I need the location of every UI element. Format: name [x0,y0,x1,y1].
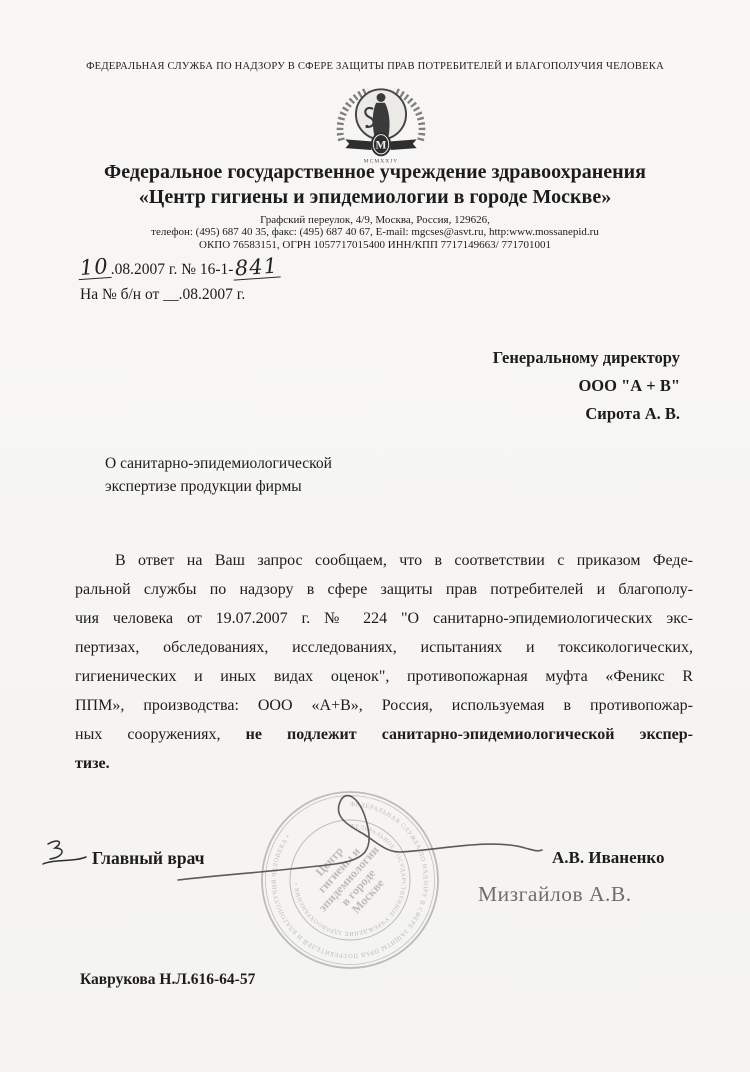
ribbon-left [345,139,371,150]
scribble-stroke [43,841,86,864]
facsimile-name-stamp: Мизгайлов А.В. [478,882,632,907]
org-address-line: Графский переулок, 4/9, Москва, Россия, … [0,214,750,226]
recipient-position: Генеральному директору [493,344,680,372]
executor-contact-line: Каврукова Н.Л.616-64-57 [80,971,255,989]
ribbon-right [391,139,417,150]
signature-stroke [178,796,542,880]
printed-date-number: .08.2007 г. № 16-1- [111,261,234,278]
handwritten-date-day: 10 [77,257,111,280]
body-line7-regular: ных сооружениях, [75,726,221,743]
body-line: В ответ на Ваш запрос сообщаем, что в со… [75,546,693,575]
letter-body: В ответ на Ваш запрос сообщаем, что в со… [75,546,693,778]
snake-head [365,125,368,128]
recipient-block: Генеральному директору ООО "А + В" Сирот… [493,344,680,428]
body-line: ральной службы по надзору в сфере защиты… [75,575,693,604]
approval-initials-scribble [40,836,92,872]
reply-reference-line: На № б/н от __.08.2007 г. [80,286,245,304]
recipient-company: ООО "А + В" [493,372,680,400]
figure-head [377,93,386,102]
handwritten-outgoing-number: 841 [233,256,281,280]
chief-doctor-signature [170,760,570,980]
org-registry-line: ОКПО 76583151, ОГРН 1057717015400 ИНН/КП… [0,239,750,251]
org-title-line2: «Центр гигиены и эпидемиологии в городе … [0,186,750,209]
subject-line1: О санитарно-эпидемиологической [105,452,332,475]
monogram-letter: M [376,139,387,152]
recipient-name: Сирота А. В. [493,400,680,428]
body-line7-bold-conclusion: не подлежит санитарно-эпидемиологической… [246,726,693,743]
signer-position-label: Главный врач [92,848,205,869]
org-title-line1: Федеральное государственное учреждение з… [0,161,750,184]
org-contacts-line: телефон: (495) 687 40 35, факс: (495) 68… [0,226,750,238]
signer-name: А.В. Иваненко [552,848,664,868]
hygiene-center-emblem-icon: M MCMXXIV [328,82,434,166]
scanned-letter-page: ФЕДЕРАЛЬНАЯ СЛУЖБА ПО НАДЗОРУ В СФЕРЕ ЗА… [0,0,750,1072]
outgoing-date-line: 10.08.2007 г. № 16-1-841 [78,258,281,279]
body-line: ППМ», производства: ООО «А+В», Россия, и… [75,691,693,720]
body-line: пертизах, обследованиях, исследованиях, … [75,633,693,662]
letter-subject: О санитарно-эпидемиологической экспертиз… [105,452,332,498]
body-line-mixed: ных сооружениях, не подлежит санитарно-э… [75,720,693,749]
subject-line2: экспертизе продукции фирмы [105,475,332,498]
agency-header-line: ФЕДЕРАЛЬНАЯ СЛУЖБА ПО НАДЗОРУ В СФЕРЕ ЗА… [0,61,750,72]
body-line: гигиенических и иных видах оценок", прот… [75,662,693,691]
body-line: чия человека от 19.07.2007 г. № 224 "О с… [75,604,693,633]
